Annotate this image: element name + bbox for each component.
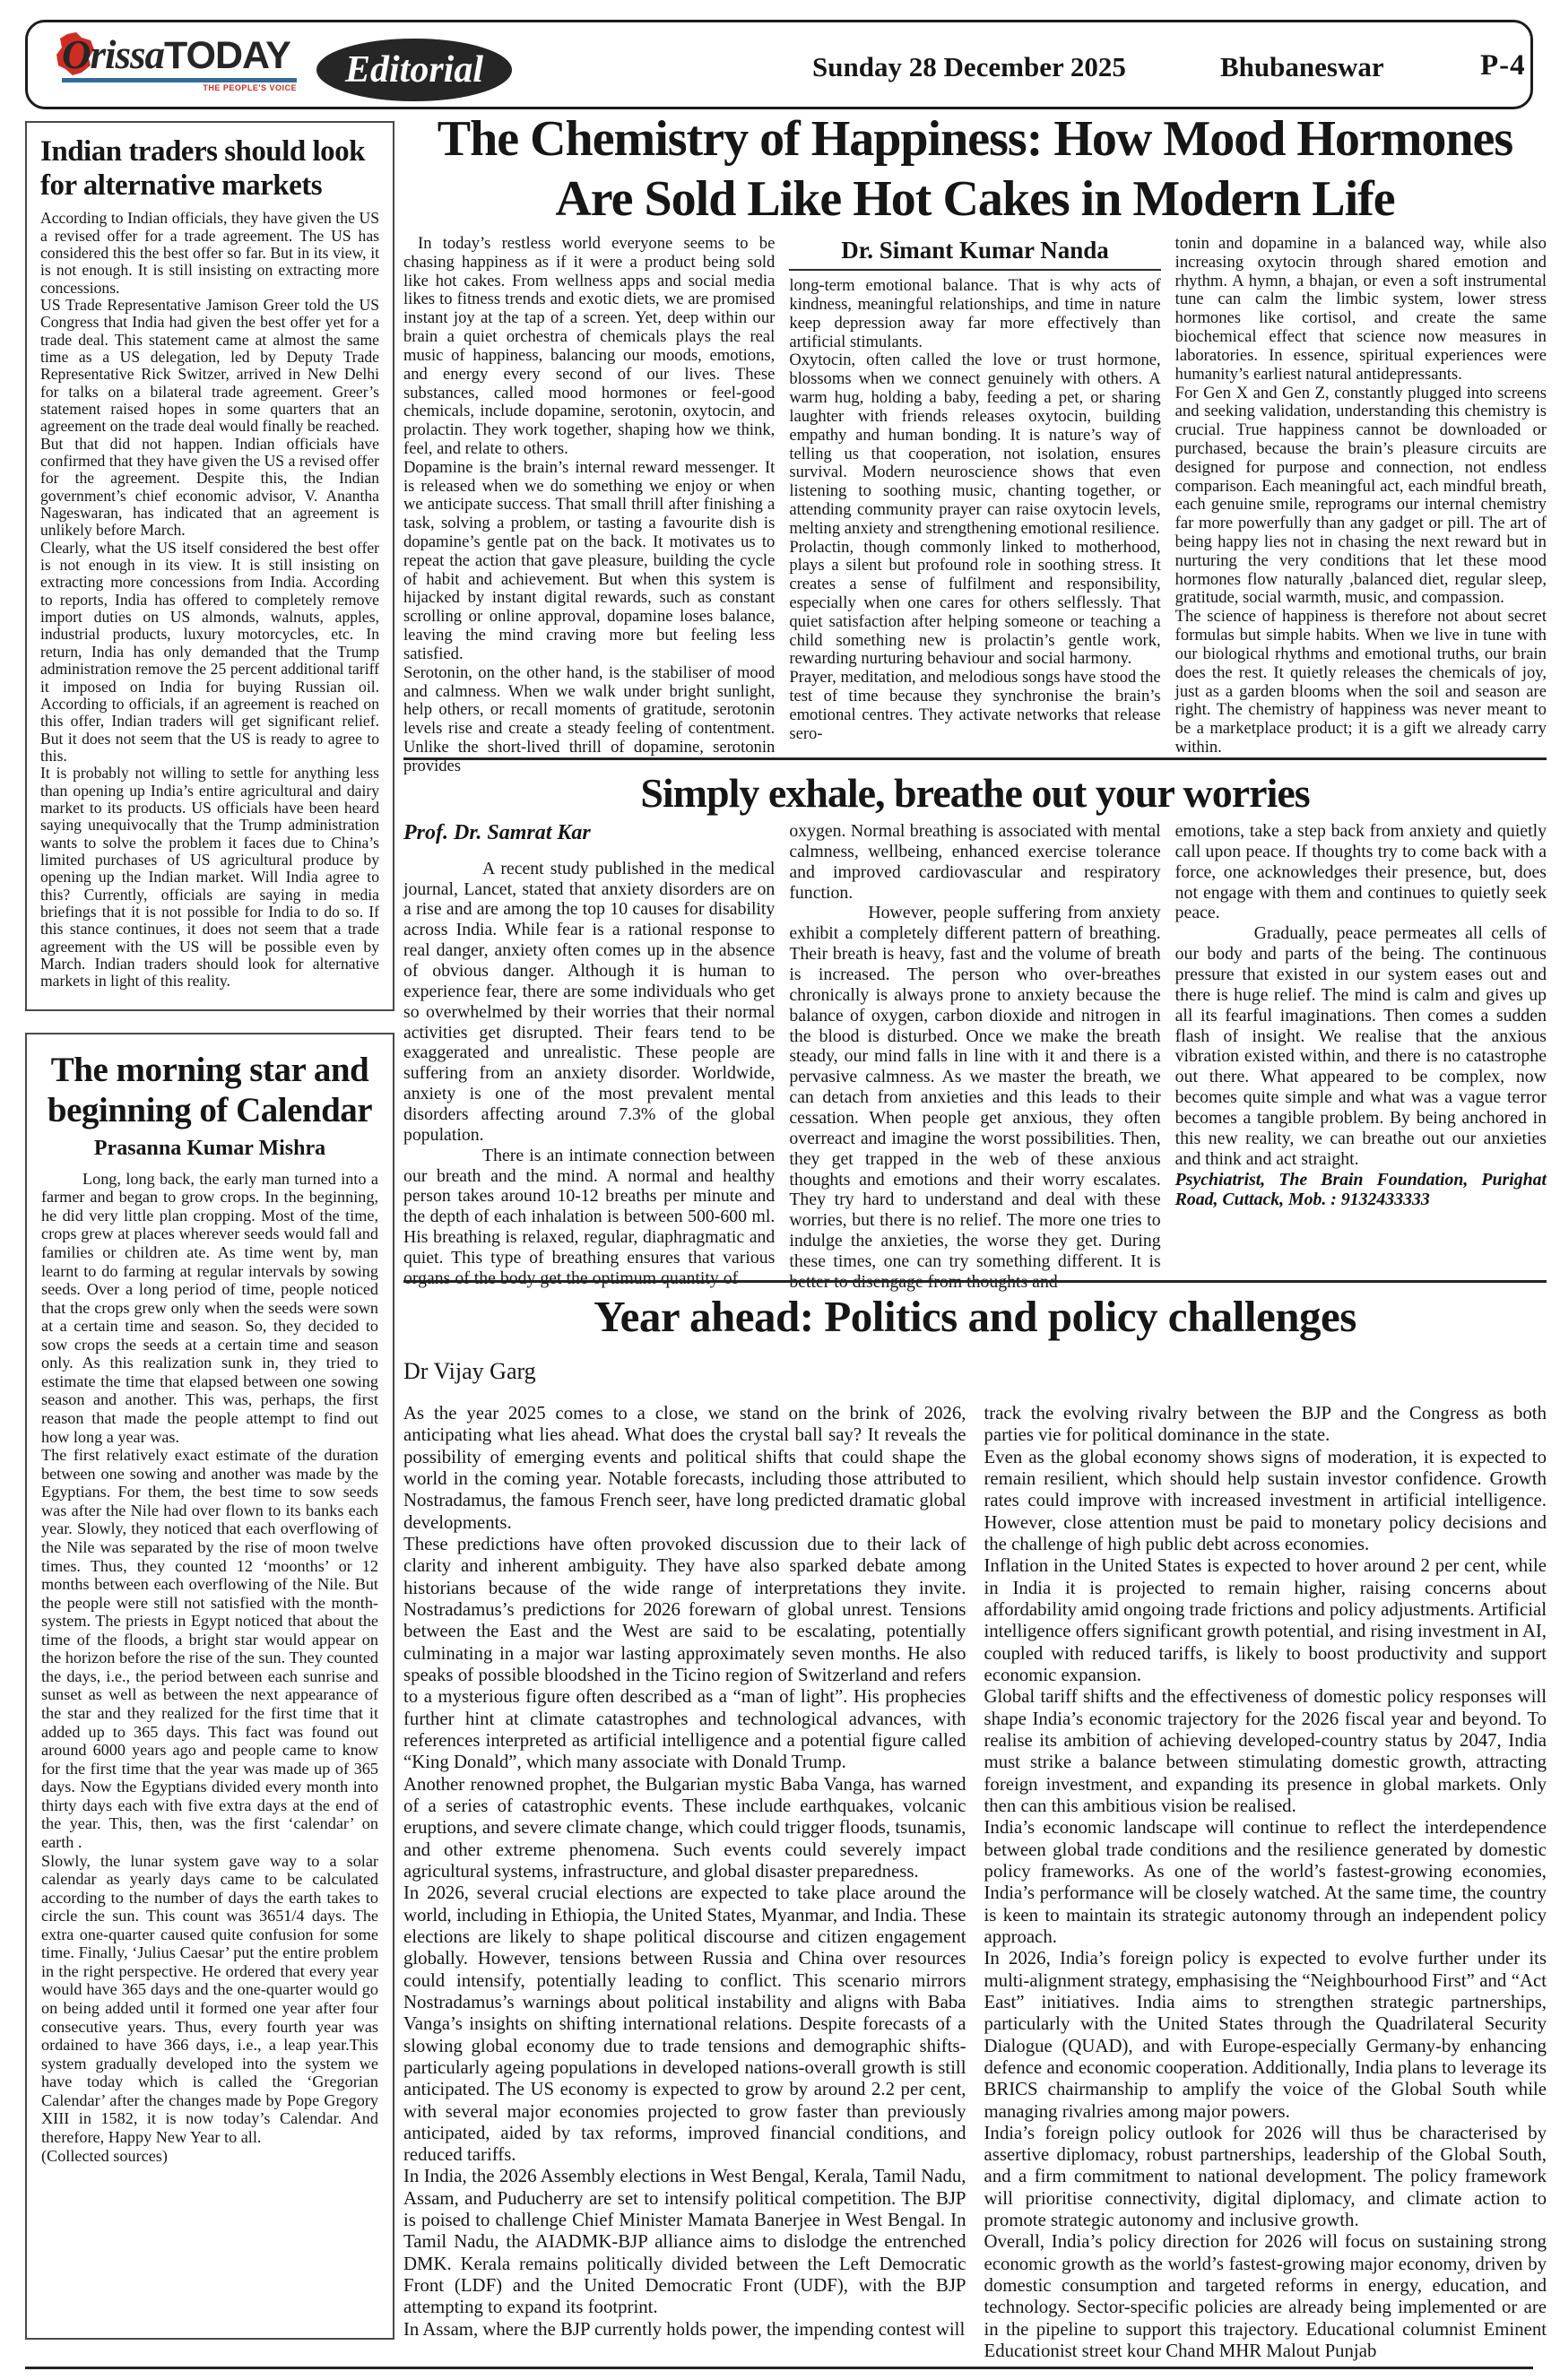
- paragraph: tonin and dopamine in a balanced way, wh…: [1175, 235, 1547, 385]
- editorial-badge: Editorial: [316, 39, 512, 101]
- breathe-title: Simply exhale, breathe out your worries: [403, 769, 1547, 817]
- paragraph: The science of happiness is therefore no…: [1175, 608, 1547, 757]
- chemistry-column-2: Dr. Simant Kumar Nanda long-term emotion…: [789, 235, 1160, 776]
- article-breathe: Prof. Dr. Samrat Kar A recent study publ…: [403, 821, 1547, 1293]
- brand-logo: OrissaTODAY THE PEOPLE'S VOICE: [62, 35, 331, 92]
- section-divider: [403, 757, 1547, 760]
- chemistry-column-1: In today’s restless world everyone seems…: [403, 235, 775, 776]
- paragraph: Inflation in the United States is expect…: [984, 1555, 1547, 1686]
- breathe-column-2: oxygen. Normal breathing is associated w…: [789, 821, 1160, 1293]
- year-byline: Dr Vijay Garg: [403, 1358, 536, 1385]
- year-column-1: As the year 2025 comes to a close, we st…: [403, 1403, 966, 2362]
- paragraph: India’s foreign policy outlook for 2026 …: [984, 2123, 1547, 2232]
- breathe-byline: Prof. Dr. Samrat Kar: [403, 821, 775, 846]
- paragraph: Overall, India’s policy direction for 20…: [984, 2231, 1547, 2362]
- paragraph: In 2026, India’s foreign policy is expec…: [984, 1948, 1547, 2123]
- footer-rule: [25, 2367, 1533, 2369]
- paragraph: In Assam, where the BJP currently holds …: [403, 2319, 966, 2341]
- editorial-badge-label: Editorial: [345, 48, 483, 91]
- article-calendar: The morning star and beginning of Calend…: [25, 1033, 394, 2340]
- paragraph: Clearly, what the US itself considered t…: [40, 540, 379, 765]
- article-chemistry: In today’s restless world everyone seems…: [403, 235, 1547, 776]
- calendar-title: The morning star and beginning of Calend…: [41, 1051, 378, 1131]
- paragraph: Long, long back, the early man turned in…: [41, 1170, 378, 1446]
- paragraph: Oxytocin, often called the love or trust…: [789, 351, 1160, 538]
- edition-city: Bhubaneswar: [1220, 51, 1384, 83]
- chemistry-title: The Chemistry of Happiness: How Mood Hor…: [403, 109, 1547, 229]
- breathe-column-1: Prof. Dr. Samrat Kar A recent study publ…: [403, 821, 775, 1293]
- paragraph: Another renowned prophet, the Bulgarian …: [403, 1774, 966, 1883]
- paragraph: These predictions have often provoked di…: [403, 1534, 966, 1774]
- page-number: P-4: [1480, 49, 1526, 82]
- logo-underline: [62, 78, 297, 82]
- paragraph: As the year 2025 comes to a close, we st…: [403, 1403, 966, 1534]
- paragraph: oxygen. Normal breathing is associated w…: [789, 821, 1160, 903]
- traders-body: According to Indian officials, they have…: [40, 210, 379, 990]
- paragraph: For Gen X and Gen Z, constantly plugged …: [1175, 385, 1547, 609]
- source-note: (Collected sources): [41, 2147, 378, 2166]
- article-year: As the year 2025 comes to a close, we st…: [403, 1403, 1547, 2362]
- chemistry-column-3: tonin and dopamine in a balanced way, wh…: [1175, 235, 1547, 776]
- paragraph: Gradually, peace permeates all cells of …: [1175, 923, 1547, 1169]
- edition-date: Sunday 28 December 2025: [812, 51, 1126, 83]
- chemistry-byline: Dr. Simant Kumar Nanda: [789, 235, 1160, 271]
- paragraph: In India, the 2026 Assembly elections in…: [403, 2166, 966, 2318]
- section-divider: [403, 1280, 1547, 1283]
- paragraph: In today’s restless world everyone seems…: [403, 235, 775, 459]
- paragraph: emotions, take a step back from anxiety …: [1175, 821, 1547, 923]
- article-traders: Indian traders should look for alternati…: [25, 121, 394, 1011]
- traders-title: Indian traders should look for alternati…: [40, 135, 379, 203]
- paragraph: Prayer, meditation, and melodious songs …: [789, 669, 1160, 743]
- year-column-2: track the evolving rivalry between the B…: [984, 1403, 1547, 2362]
- calendar-byline: Prasanna Kumar Mishra: [41, 1137, 378, 1161]
- paragraph: track the evolving rivalry between the B…: [984, 1403, 1547, 1447]
- logo-orissa-text: Orissa: [62, 32, 164, 77]
- breathe-column-3: emotions, take a step back from anxiety …: [1175, 821, 1547, 1293]
- masthead: OrissaTODAY THE PEOPLE'S VOICE Editorial…: [25, 20, 1533, 109]
- paragraph: Global tariff shifts and the effectivene…: [984, 1686, 1547, 1817]
- paragraph: Prolactin, though commonly linked to mot…: [789, 539, 1160, 670]
- paragraph: Slowly, the lunar system gave way to a s…: [41, 1852, 378, 2147]
- logo-today-text: TODAY: [164, 34, 290, 77]
- paragraph: Dopamine is the brain’s internal reward …: [403, 459, 775, 664]
- year-title: Year ahead: Politics and policy challeng…: [403, 1291, 1547, 1342]
- logo-tagline: THE PEOPLE'S VOICE: [62, 83, 297, 92]
- paragraph: It is probably not willing to settle for…: [40, 765, 379, 990]
- paragraph: The first relatively exact estimate of t…: [41, 1446, 378, 1851]
- paragraph: A recent study published in the medical …: [403, 859, 775, 1146]
- paragraph: However, people suffering from anxiety e…: [789, 903, 1160, 1292]
- paragraph: In 2026, several crucial elections are e…: [403, 1882, 966, 2166]
- paragraph: There is an intimate connection between …: [403, 1146, 775, 1289]
- paragraph: According to Indian officials, they have…: [40, 210, 379, 297]
- paragraph: US Trade Representative Jamison Greer to…: [40, 297, 379, 540]
- calendar-body: Long, long back, the early man turned in…: [41, 1170, 378, 2165]
- paragraph: Even as the global economy shows signs o…: [984, 1447, 1547, 1556]
- author-signature: Psychiatrist, The Brain Foundation, Puri…: [1175, 1170, 1547, 1211]
- paragraph: India’s economic landscape will continue…: [984, 1817, 1547, 1948]
- paragraph: long-term emotional balance. That is why…: [789, 277, 1160, 351]
